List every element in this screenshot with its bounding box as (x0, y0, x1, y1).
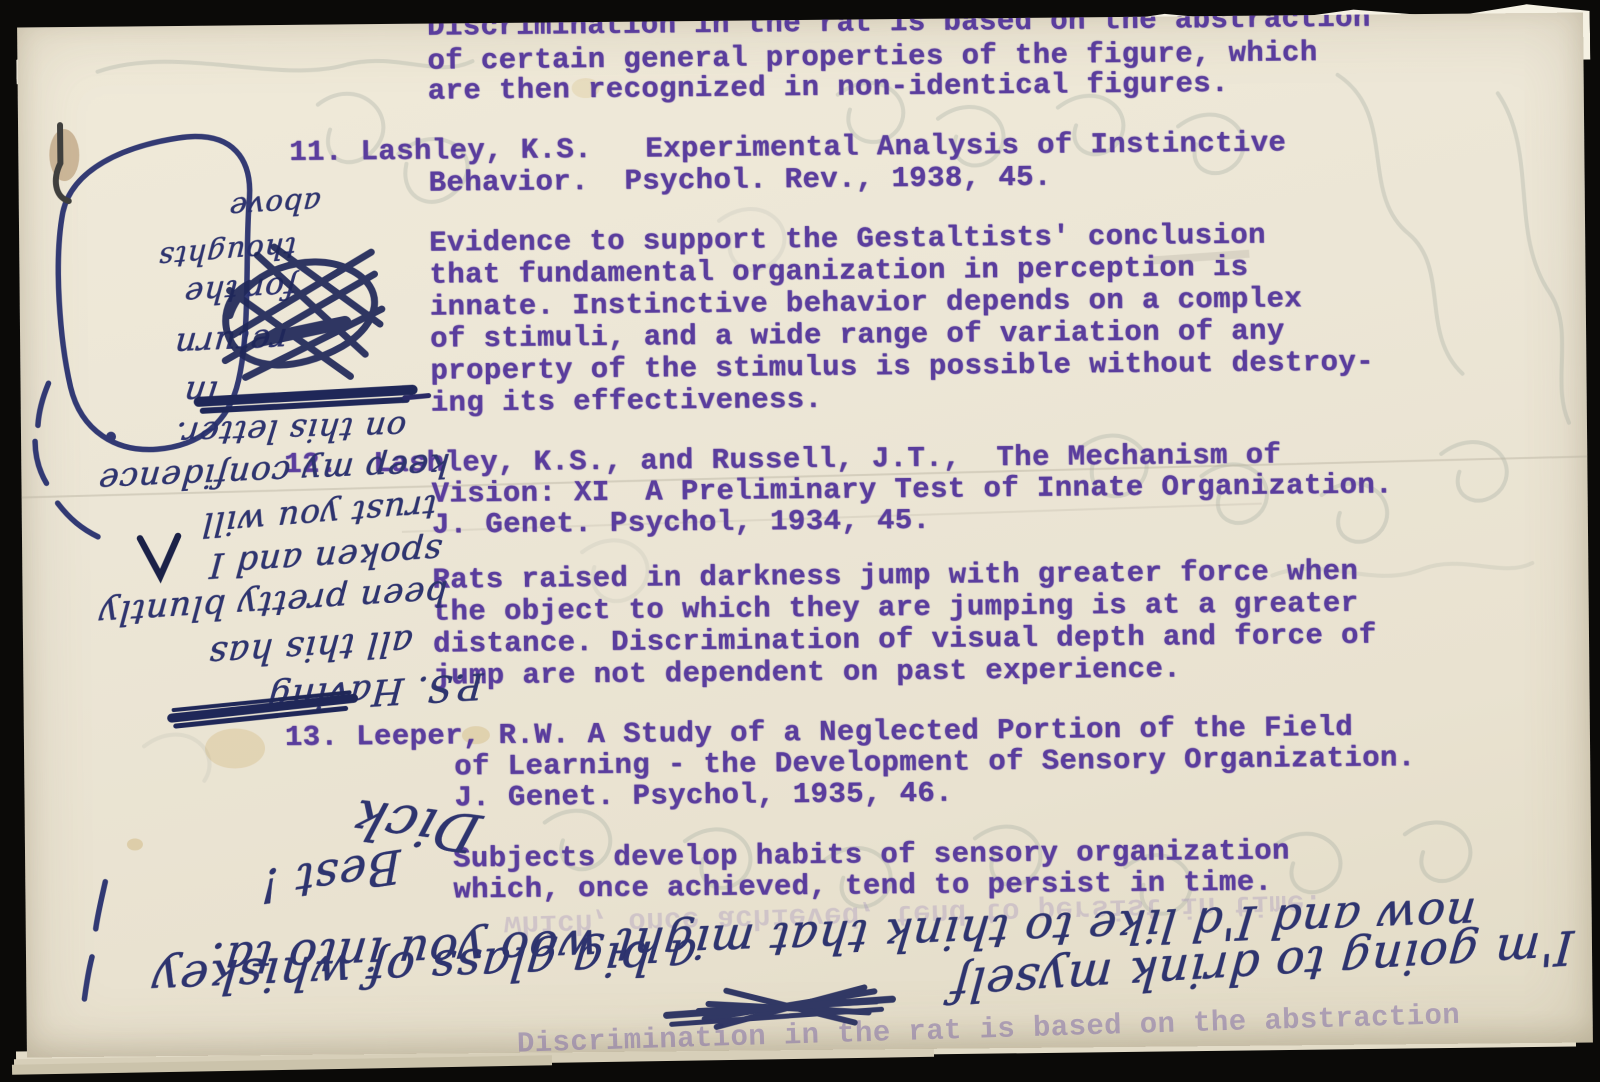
ps-struck-word: Having (265, 669, 405, 719)
document-page: Discrimination in the rat is based on th… (17, 13, 1593, 1058)
photo-background: Discrimination in the rat is based on th… (0, 0, 1600, 1082)
entry-13-citation: J. Genet. Psychol, 1935, 46. (454, 778, 953, 815)
handwritten-loop-line: in (100, 374, 220, 414)
ps-label: P.S. (414, 664, 484, 709)
entry-11-citation: Behavior. Psychol. Rev., 1938, 45. (428, 162, 1051, 200)
entry-11-summary: ing its effectiveness. (431, 384, 823, 420)
entry-12-citation: J. Genet. Psychol, 1934, 45. (432, 505, 931, 542)
